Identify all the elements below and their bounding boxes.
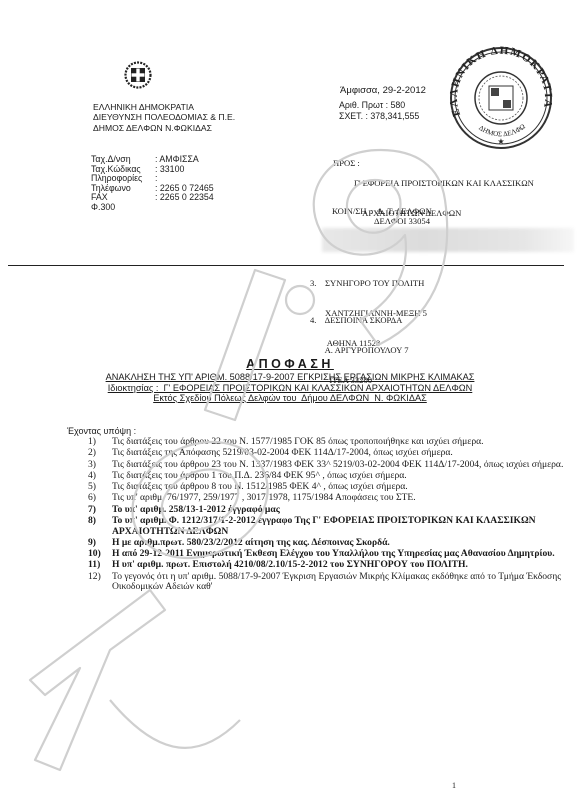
consideration-item: 7)Το υπ' αριθμ. 258/13-1-2012 έγγραφό μα… bbox=[96, 505, 566, 516]
item-number: 5) bbox=[88, 482, 96, 493]
svg-text:ΔΗΜΟΣ ΔΕΛΦΩΝ: ΔΗΜΟΣ ΔΕΛΦΩΝ bbox=[477, 92, 527, 138]
org-line: ΔΙΕΥΘΥΝΣΗ ΠΟΛΕΟΔΟΜΙΑΣ & Π.Ε. bbox=[93, 112, 235, 122]
item-text: Τις διατάξεις του άρθρου 8 του Ν. 1512/1… bbox=[112, 481, 408, 492]
decision-subtitle: Ιδιοκτησίας : Γ' ΕΦΟΡΕΙΑΣ ΠΡΟΙΣΤΟΡΙΚΩΝ Κ… bbox=[0, 383, 580, 393]
contact-row: Φ.300 bbox=[91, 203, 214, 213]
consideration-item: 11)Η υπ' αριθμ. πρωτ. Επιστολή 4210/08/2… bbox=[96, 560, 566, 571]
item-text: Η υπ' αριθμ. πρωτ. Επιστολή 4210/08/2.10… bbox=[112, 559, 468, 570]
protocol-number: Αριθ. Πρωτ : 580 bbox=[339, 100, 419, 111]
page-number: 1 bbox=[452, 781, 456, 790]
consideration-item: 12)Το γεγονός ότι η υπ' αριθμ. 5088/17-9… bbox=[96, 572, 566, 593]
consideration-item: 9)Η με αριθμ.πρωτ. 580/23/2/2012 αίτηση … bbox=[96, 538, 566, 549]
address-line: Γ' ΕΦΟΡΕΙΑ ΠΡΟΙΣΤΟΡΙΚΩΝ ΚΑΙ ΚΛΑΣΣΙΚΩΝ bbox=[354, 178, 534, 188]
address-line: 3. ΣΥΝΗΓΟΡΟ ΤΟΥ ΠΟΛΙΤΗ bbox=[310, 278, 427, 288]
address-line: Α. ΑΡΓΥΡΟΠΟΥΛΟΥ 7 bbox=[310, 345, 409, 355]
decision-subtitle: Εκτός Σχεδίου Πόλεως Δελφών του Δήμου ΔΕ… bbox=[0, 393, 580, 403]
item-text: Η από 29-12-2011 Ενημερωτική Έκθεση Ελέγ… bbox=[112, 548, 555, 559]
greek-coat-of-arms-icon bbox=[124, 61, 152, 89]
item-number: 12) bbox=[88, 572, 101, 583]
item-number: 8) bbox=[88, 516, 96, 527]
item-text: Τις διατάξεις του άρθρου 1 του Π.Δ. 236/… bbox=[112, 470, 407, 481]
consideration-item: 5)Τις διατάξεις του άρθρου 8 του Ν. 1512… bbox=[96, 482, 566, 493]
item-number: 11) bbox=[88, 560, 100, 571]
document-page: ΕΛΛΗΝΙΚΗ ΔΗΜΟΚΡΑΤΙΑ ΔΙΕΥΘΥΝΣΗ ΠΟΛΕΟΔΟΜΙΑ… bbox=[0, 0, 580, 804]
address-line: 4. ΔΕΣΠΟΙΝΑ ΣΚΟΡΔΑ bbox=[310, 315, 409, 325]
item-text: Τις διατάξεις της Απόφασης 5219/03-02-20… bbox=[112, 447, 453, 458]
item-number: 2) bbox=[88, 448, 96, 459]
item-number: 7) bbox=[88, 505, 96, 516]
consideration-item: 6)Τις υπ' αριθμ. 76/1977, 259/1977 , 301… bbox=[96, 493, 566, 504]
issuing-authority: ΕΛΛΗΝΙΚΗ ΔΗΜΟΚΡΑΤΙΑ ΔΙΕΥΘΥΝΣΗ ΠΟΛΕΟΔΟΜΙΑ… bbox=[93, 102, 235, 133]
document-date: Άμφισσα, 29-2-2012 bbox=[340, 85, 426, 96]
item-number: 1) bbox=[88, 437, 96, 448]
item-number: 9) bbox=[88, 538, 96, 549]
address-line: Α. Τ. ΔΕΛΦΩΝ bbox=[374, 206, 432, 216]
svg-text:ΕΛΛΗΝΙΚΗ ΔΗΜΟΚΡΑΤΙΑ: ΕΛΛΗΝΙΚΗ ΔΗΜΟΚΡΑΤΙΑ bbox=[448, 45, 554, 118]
item-text: Το υπ' αριθμ. Φ. 1212/317/1-2-2012 έγγρα… bbox=[112, 515, 536, 537]
decision-subtitle: ΑΝΑΚΛΗΣΗ ΤΗΣ ΥΠ' ΑΡΙΘΜ. 5088/17-9-2007 Ε… bbox=[0, 372, 580, 382]
consideration-item: 2)Τις διατάξεις της Απόφασης 5219/03-02-… bbox=[96, 448, 566, 459]
contact-value: : 2265 0 22354 bbox=[155, 193, 214, 203]
contact-info: Ταχ.Δ/νση: ΑΜΦΙΣΣΑ Ταχ.Κώδικας: 33100 Πλ… bbox=[91, 155, 214, 213]
consideration-item: 1)Τις διατάξεις του άρθρου 22 του Ν. 157… bbox=[96, 437, 566, 448]
contact-value: : 33100 bbox=[155, 165, 184, 175]
consideration-item: 3)Τις διατάξεις του άρθρου 23 του Ν. 133… bbox=[96, 460, 566, 471]
svg-text:★: ★ bbox=[497, 137, 504, 146]
contact-label: Φ.300 bbox=[91, 203, 155, 213]
item-number: 4) bbox=[88, 471, 96, 482]
item-number: 3) bbox=[88, 460, 96, 471]
item-text: Το υπ' αριθμ. 258/13-1-2012 έγγραφό μας bbox=[112, 504, 280, 515]
item-text: Τις διατάξεις του άρθρου 23 του Ν. 1337/… bbox=[112, 459, 563, 470]
having-regard-heading: Έχοντας υπόψη : bbox=[67, 426, 136, 436]
redacted-recipient-2 bbox=[322, 228, 574, 252]
related-references: ΣΧΕΤ. : 378,341,555 bbox=[339, 111, 419, 122]
consideration-item: 8)Το υπ' αριθμ. Φ. 1212/317/1-2-2012 έγγ… bbox=[96, 516, 566, 537]
item-text: Το γεγονός ότι η υπ' αριθμ. 5088/17-9-20… bbox=[112, 571, 561, 593]
document-references: Αριθ. Πρωτ : 580 ΣΧΕΤ. : 378,341,555 bbox=[339, 100, 419, 122]
item-number: 6) bbox=[88, 493, 96, 504]
cc-recipient-1: Α. Τ. ΔΕΛΦΩΝ ΔΕΛΦΟΙ 33054 bbox=[374, 206, 432, 226]
item-text: Τις διατάξεις του άρθρου 22 του Ν. 1577/… bbox=[112, 436, 484, 447]
item-text: Η με αριθμ.πρωτ. 580/23/2/2012 αίτηση τη… bbox=[112, 537, 390, 548]
scan-line bbox=[8, 265, 564, 266]
considerations-list: 1)Τις διατάξεις του άρθρου 22 του Ν. 157… bbox=[96, 437, 566, 594]
item-number: 10) bbox=[88, 549, 101, 560]
consideration-item: 4)Τις διατάξεις του άρθρου 1 του Π.Δ. 23… bbox=[96, 471, 566, 482]
item-text: Τις υπ' αριθμ. 76/1977, 259/1977 , 3017/… bbox=[112, 492, 416, 503]
org-line: ΔΗΜΟΣ ΔΕΛΦΩΝ Ν.ΦΩΚΙΔΑΣ bbox=[93, 123, 235, 133]
municipal-seal-icon: ΕΛΛΗΝΙΚΗ ΔΗΜΟΚΡΑΤΙΑ ΔΗΜΟΣ ΔΕΛΦΩΝ ★ bbox=[448, 45, 554, 148]
decision-title: ΑΠΟΦΑΣΗ bbox=[0, 357, 580, 371]
address-line: ΔΕΛΦΟΙ 33054 bbox=[374, 216, 432, 226]
org-line: ΕΛΛΗΝΙΚΗ ΔΗΜΟΚΡΑΤΙΑ bbox=[93, 102, 235, 112]
